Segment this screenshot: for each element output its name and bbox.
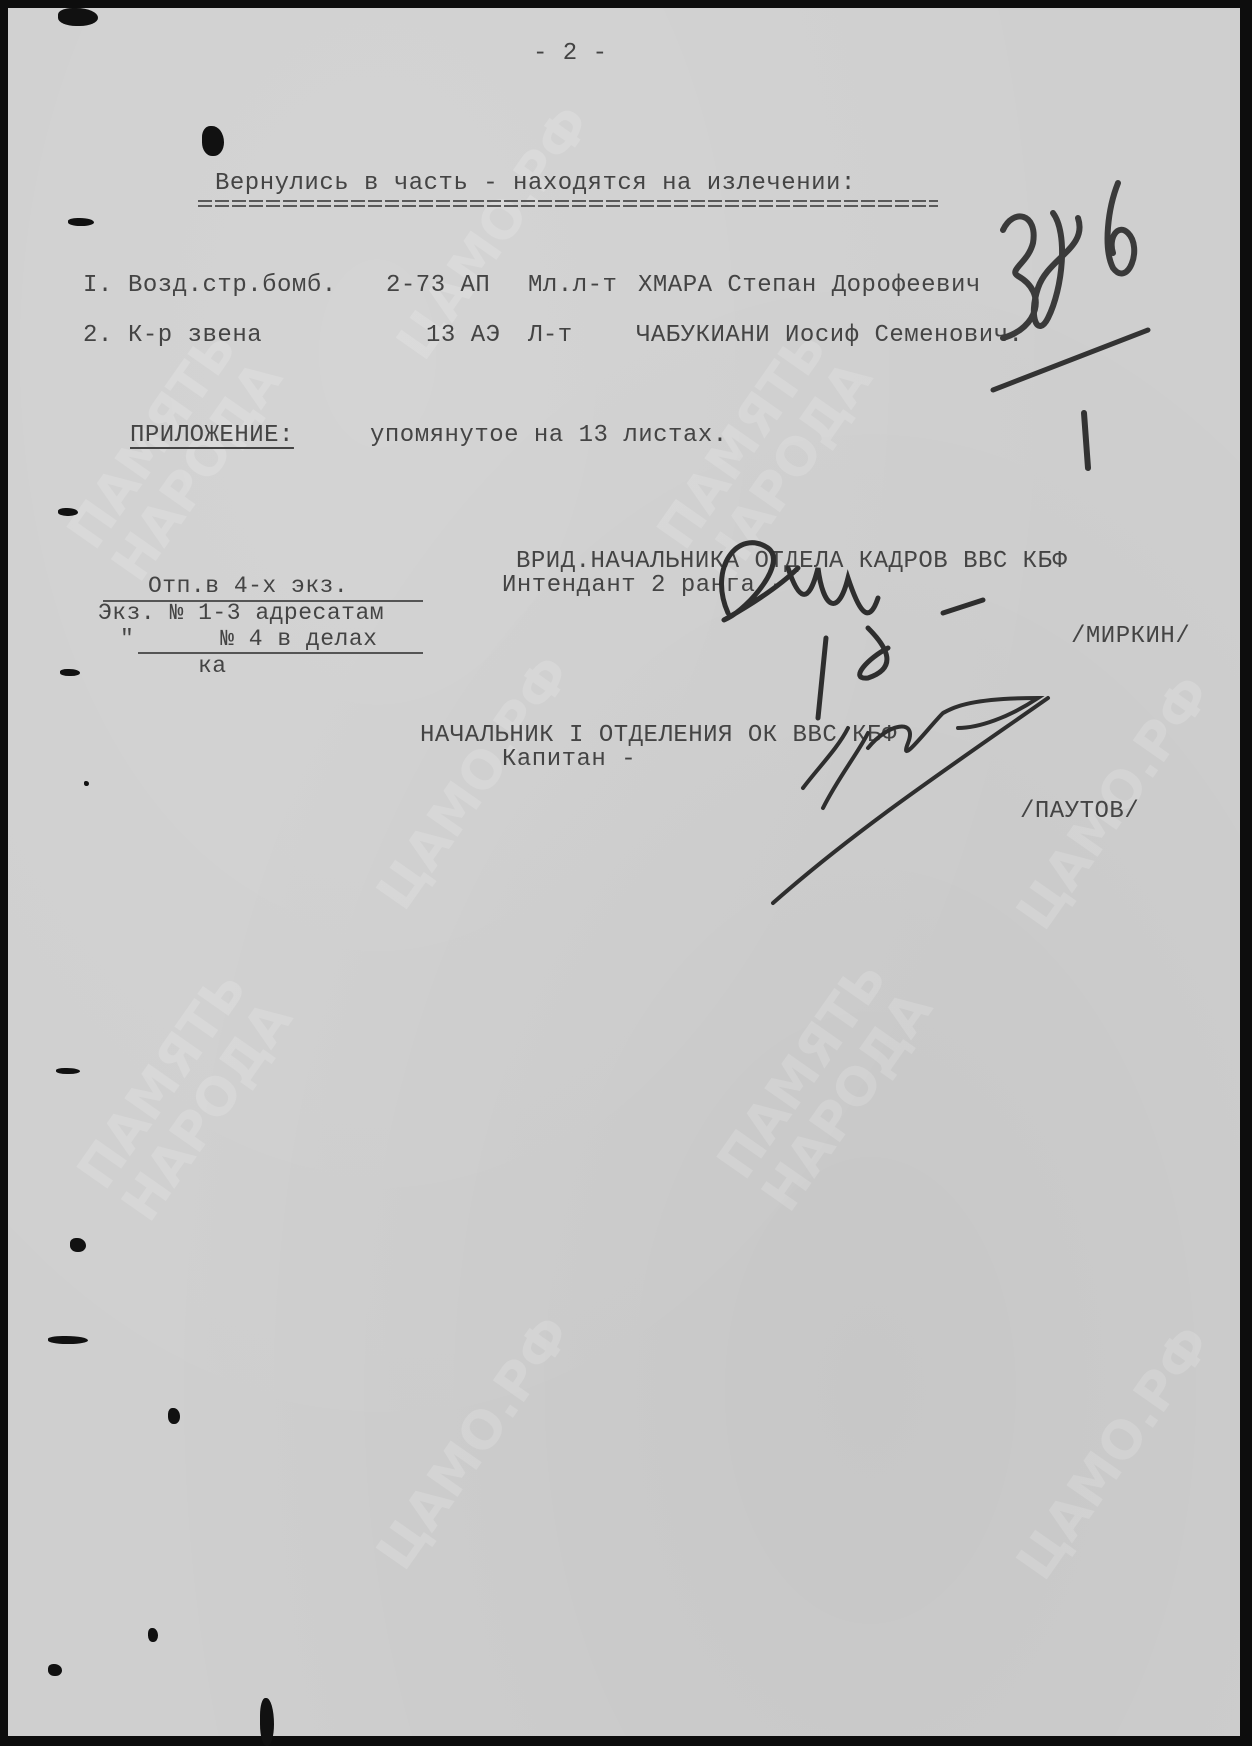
entry-unit: 2-73 АП <box>386 272 490 299</box>
entry-unit: 13 АЭ <box>426 322 501 349</box>
signatory-title: НАЧАЛЬНИК I ОТДЕЛЕНИЯ ОК ВВС КБФ <box>420 722 897 749</box>
appendix-text: упомянутое на 13 листах. <box>370 422 728 449</box>
entry-name: ЧАБУКИАНИ Иосиф Семенович. <box>636 322 1023 349</box>
entry-name: ХМАРА Степан Дорофеевич <box>638 272 981 299</box>
document-page: ЦАМО.РФ ПАМЯТЬ НАРОДА ПАМЯТЬ НАРОДА ЦАМО… <box>8 8 1240 1736</box>
entry-rank: Мл.л-т <box>528 272 617 299</box>
distribution-typist: ка <box>198 653 227 679</box>
paper-hole <box>168 1408 180 1424</box>
watermark-project: ПАМЯТЬ НАРОДА <box>58 321 292 591</box>
paper-tear <box>68 218 94 226</box>
heading-double-rule <box>198 200 938 208</box>
entry-number: 2. <box>83 322 113 349</box>
signatory-rank: Интендант 2 ранга - <box>502 572 785 599</box>
signatory-name: /МИРКИН/ <box>1071 623 1190 650</box>
entry-number: I. <box>83 272 113 299</box>
paper-hole <box>202 126 224 156</box>
watermark-project: ПАМЯТЬ НАРОДА <box>708 951 942 1221</box>
paper-tear <box>58 508 78 516</box>
signatory-title: ВРИД.НАЧАЛЬНИКА ОТДЕЛА КАДРОВ ВВС КБФ <box>516 548 1067 575</box>
paper-hole <box>48 1664 62 1676</box>
section-heading: Вернулись в часть - находятся на излечен… <box>215 170 856 197</box>
distribution-copies: Отп.в 4-х экз. <box>148 573 348 599</box>
entry-rank: Л-т <box>528 322 573 349</box>
entry-position: К-р звена <box>128 322 262 349</box>
paper-tear <box>260 1698 274 1746</box>
paper-tear <box>48 1336 88 1344</box>
paper-tear <box>56 1068 80 1074</box>
paper-hole <box>70 1238 86 1252</box>
watermark-archive: ЦАМО.РФ <box>1008 1317 1221 1589</box>
paper-hole <box>84 781 89 786</box>
handwritten-number-386 <box>1003 183 1134 338</box>
watermark-archive: ЦАМО.РФ <box>368 1307 581 1579</box>
watermark-archive: ЦАМО.РФ <box>368 647 581 919</box>
handwritten-mark-1 <box>1084 413 1088 468</box>
entry-position: Возд.стр.бомб. <box>128 272 337 299</box>
page-number: - 2 - <box>533 40 608 67</box>
appendix-label: ПРИЛОЖЕНИЕ: <box>130 422 294 449</box>
distribution-rule <box>138 652 423 654</box>
signatory-rank: Капитан - <box>502 746 636 773</box>
paper-tear <box>58 8 98 26</box>
signatory-name: /ПАУТОВ/ <box>1020 798 1139 825</box>
distribution-files: " № 4 в делах <box>120 626 377 652</box>
paper-tear <box>60 669 80 676</box>
watermark-project: ПАМЯТЬ НАРОДА <box>68 961 302 1231</box>
distribution-addressees: Экз. № 1-3 адресатам <box>98 600 384 626</box>
paper-hole <box>148 1628 158 1642</box>
